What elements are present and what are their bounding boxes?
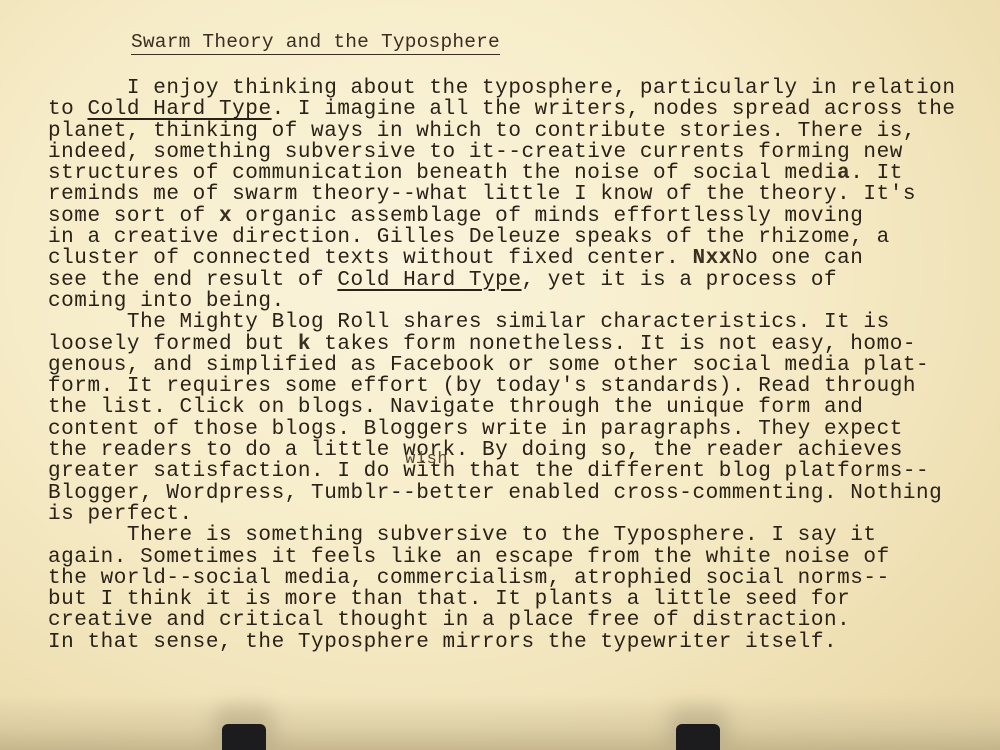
text-segment: see the end result of [48,269,337,292]
text-line: the list. Click on blogs. Navigate throu… [48,397,956,418]
text-segment: that the different blog platforms-- [456,460,929,483]
text-line: to Cold Hard Type. I imagine all the wri… [48,99,956,120]
text-line: In that sense, the Typosphere mirrors th… [48,632,956,653]
text-line: The Mighty Blog Roll shares similar char… [48,312,956,333]
text-segment: form. It requires some effort (by today'… [48,375,916,398]
text-segment: , yet it is a process of [522,269,838,292]
text-segment: but I think it is more than that. It pla… [48,588,850,611]
text-segment: genous, and simplified as Facebook or so… [48,354,929,377]
text-line: genous, and simplified as Facebook or so… [48,355,956,376]
text-segment: The Mighty Blog Roll shares similar char… [48,311,890,334]
text-segment: is perfect. [48,503,193,526]
text-segment: the list. Click on blogs. Navigate throu… [48,396,863,419]
text-line: again. Sometimes it feels like an escape… [48,547,956,568]
text-segment: . I imagine all the writers, nodes sprea… [272,98,956,121]
text-segment: No one can [732,247,864,270]
text-segment: takes form nonetheless. It is not easy, … [311,333,916,356]
text-segment: the readers to do a little work. By doin… [48,439,903,462]
document-body: I enjoy thinking about the typosphere, p… [48,78,956,653]
typewritten-page: Swarm Theory and the Typosphere I enjoy … [0,0,1000,750]
underlined-title-reference: Cold Hard Type [87,98,271,121]
text-segment: reminds me of swarm theory--what little … [48,183,916,206]
handwritten-correction: withwish [403,460,456,483]
underlined-title-reference: Cold Hard Type [337,269,521,292]
text-line: structures of communication beneath the … [48,163,956,184]
text-segment: the world--social media, commercialism, … [48,567,890,590]
typed-over-correction: Nxx [692,247,731,270]
text-line: loosely formed but k takes form nonethel… [48,334,956,355]
text-line: indeed, something subversive to it--crea… [48,142,956,163]
text-segment: planet, thinking of ways in which to con… [48,120,916,143]
text-line: in a creative direction. Gilles Deleuze … [48,227,956,248]
text-line: see the end result of Cold Hard Type, ye… [48,270,956,291]
text-line: the world--social media, commercialism, … [48,568,956,589]
text-line: Blogger, Wordpress, Tumblr--better enabl… [48,483,956,504]
typed-over-correction: k [298,333,311,356]
text-segment: content of those blogs. Bloggers write i… [48,418,903,441]
text-segment: Blogger, Wordpress, Tumblr--better enabl… [48,482,942,505]
paper-bail-clip-left [222,724,266,750]
text-segment: some sort of [48,205,219,228]
text-segment: . It [850,162,903,185]
text-segment: In that sense, the Typosphere mirrors th… [48,631,837,654]
typed-over-correction: a [837,162,850,185]
paper-bail-clip-right [676,724,720,750]
text-segment: structures of communication beneath the … [48,162,837,185]
text-line: I enjoy thinking about the typosphere, p… [48,78,956,99]
text-segment: again. Sometimes it feels like an escape… [48,546,890,569]
text-segment: in a creative direction. Gilles Deleuze … [48,226,890,249]
correction-superscript: wish [405,449,448,470]
text-segment: greater satisfaction. I do [48,460,403,483]
text-line: the readers to do a little work. By doin… [48,440,956,461]
text-line: form. It requires some effort (by today'… [48,376,956,397]
text-line: cluster of connected texts without fixed… [48,248,956,269]
text-line: There is something subversive to the Typ… [48,525,956,546]
text-line: some sort of x organic assemblage of min… [48,206,956,227]
text-segment: coming into being. [48,290,285,313]
text-segment: to [48,98,87,121]
text-segment: organic assemblage of minds effortlessly… [232,205,863,228]
text-line: planet, thinking of ways in which to con… [48,121,956,142]
text-line: is perfect. [48,504,956,525]
text-line: content of those blogs. Bloggers write i… [48,419,956,440]
text-segment: indeed, something subversive to it--crea… [48,141,903,164]
text-segment: cluster of connected texts without fixed… [48,247,692,270]
document-title: Swarm Theory and the Typosphere [131,30,500,55]
text-segment: creative and critical thought in a place… [48,609,850,632]
typed-over-correction: x [219,205,232,228]
text-line: coming into being. [48,291,956,312]
text-segment: loosely formed but [48,333,298,356]
text-line: creative and critical thought in a place… [48,610,956,631]
text-line: greater satisfaction. I do withwish that… [48,461,956,482]
typewriter-roller-shadow [0,695,1000,750]
text-line: reminds me of swarm theory--what little … [48,184,956,205]
text-segment: I enjoy thinking about the typosphere, p… [48,77,956,100]
text-line: but I think it is more than that. It pla… [48,589,956,610]
text-segment: There is something subversive to the Typ… [48,524,877,547]
